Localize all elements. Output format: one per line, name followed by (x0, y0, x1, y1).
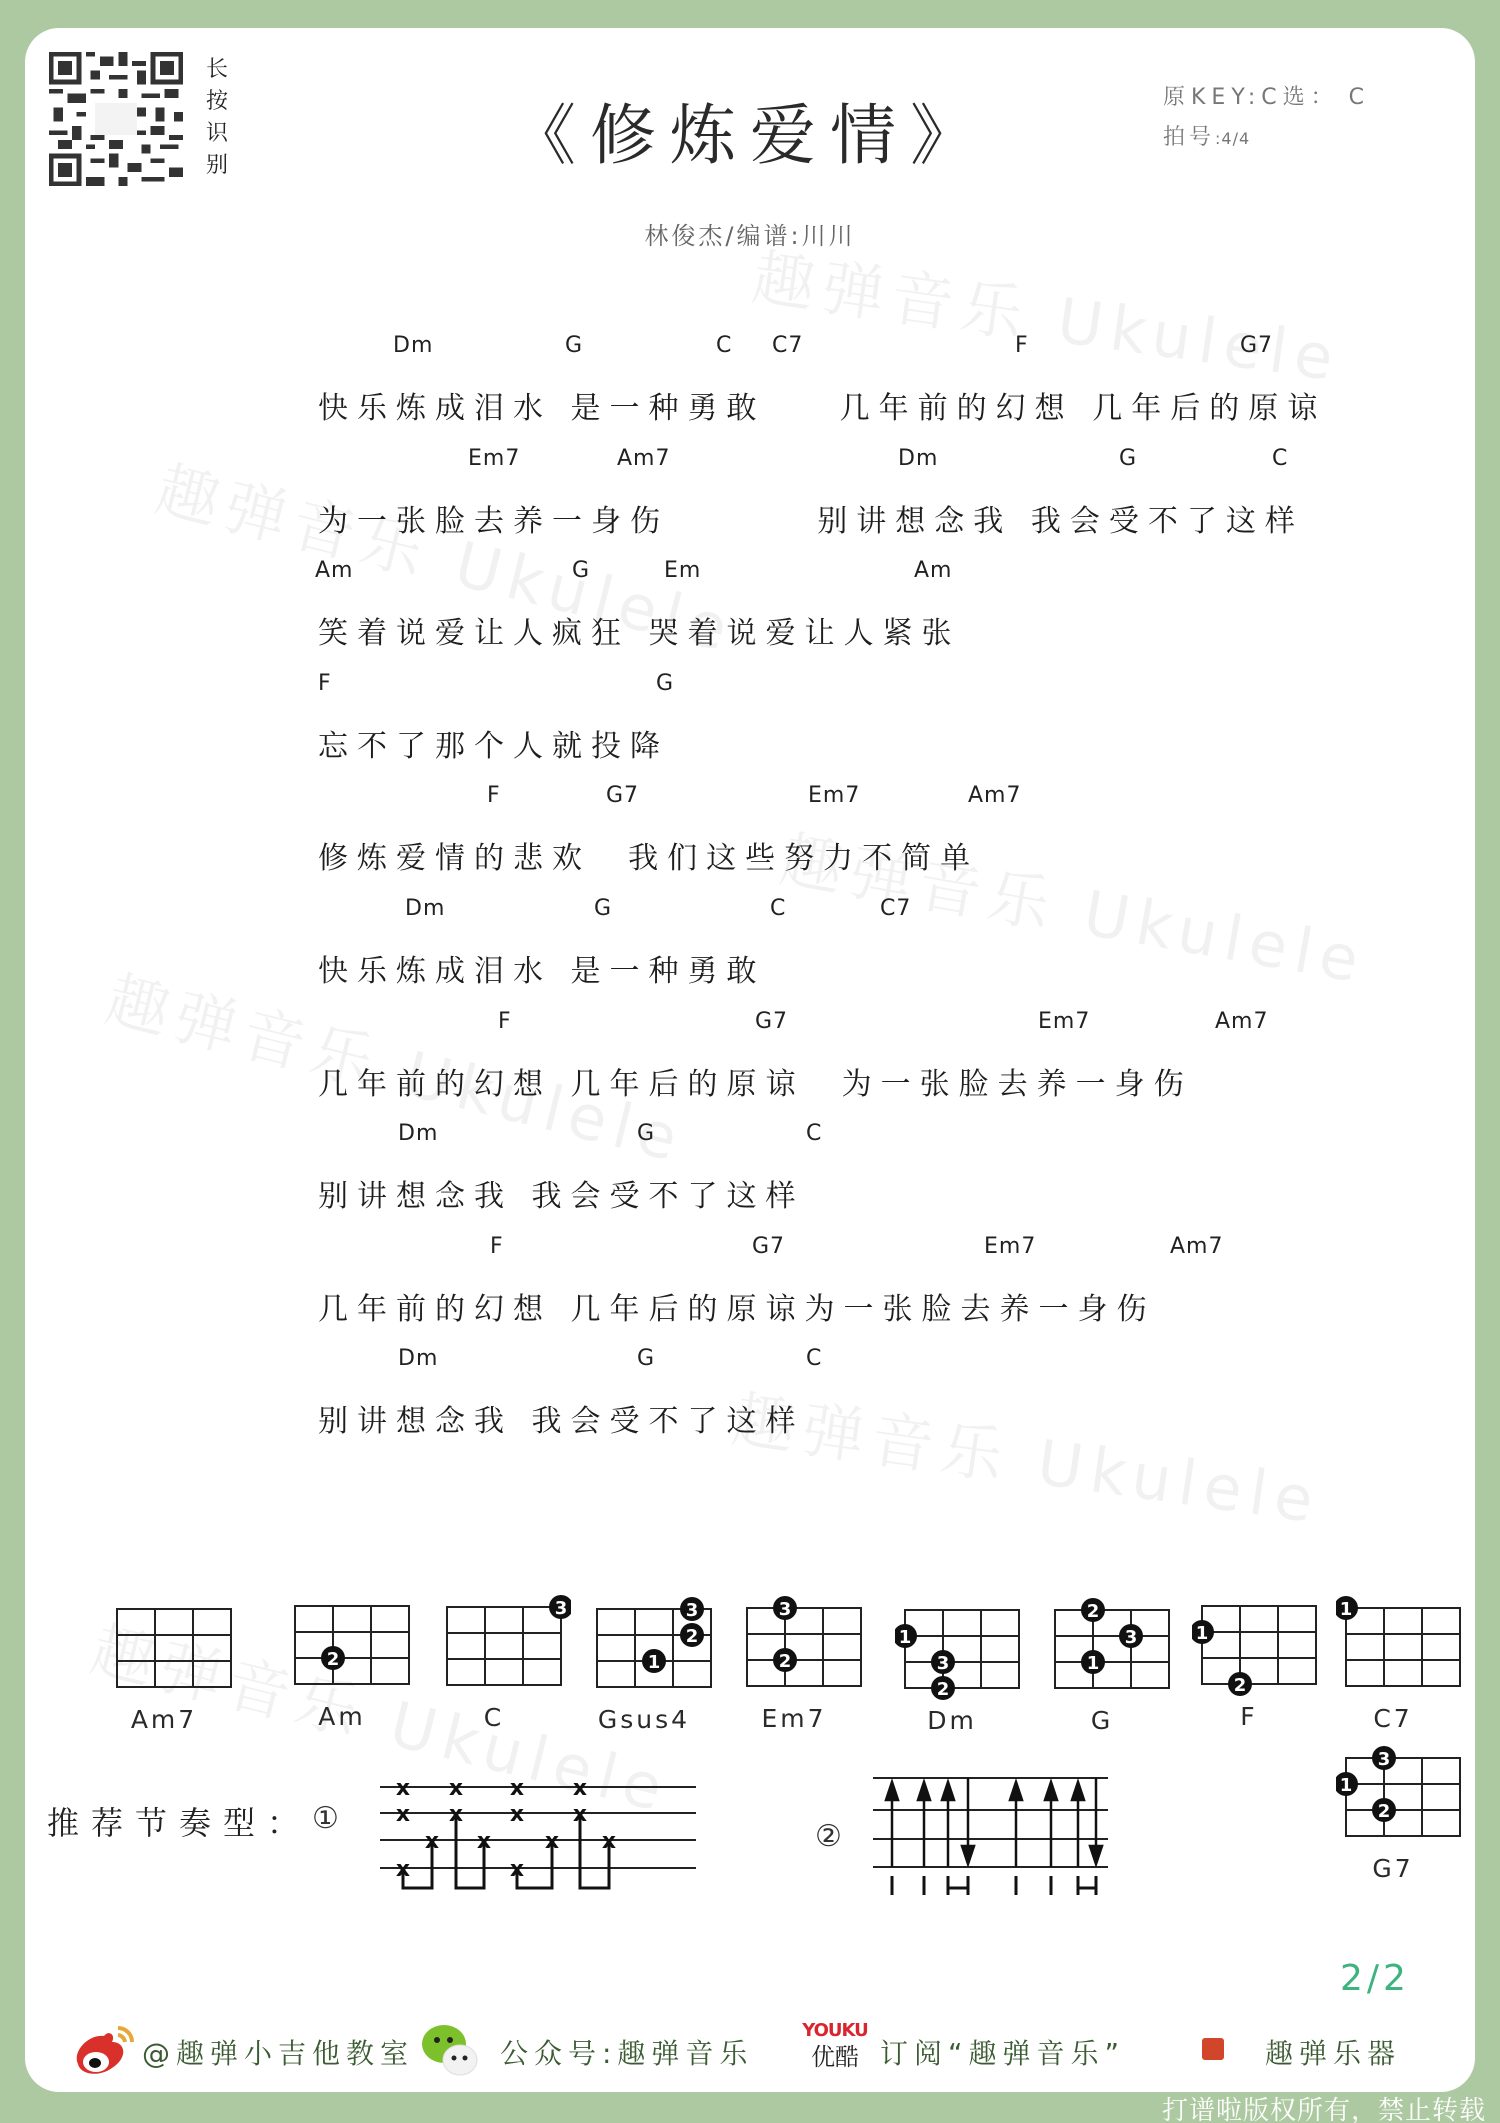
chord-line: DmGC (0, 1121, 1500, 1151)
chord-symbol: Dm (393, 333, 433, 358)
chord-diagram-label: G (1032, 1706, 1172, 1735)
chord-symbol: Em7 (808, 783, 860, 808)
wechat-account[interactable]: 公众号:趣弹音乐 (500, 2032, 753, 2072)
chord-line: DmGCC7 (0, 896, 1500, 926)
chord-diagram-label: F (1179, 1702, 1319, 1731)
lyric-line: 几年前的幻想 几年后的原谅 为一张脸去养一身伤 (318, 1059, 1193, 1103)
youku-logo[interactable]: YOUKU 优酷 (795, 2020, 875, 2072)
svg-text:2: 2 (1087, 1601, 1100, 1622)
chord-symbol: C (716, 333, 732, 358)
fretboard-grid: 1 (1336, 1596, 1470, 1698)
fretboard-grid: 2 (285, 1594, 419, 1696)
chord-diagram-label: C7 (1323, 1704, 1463, 1733)
svg-text:2: 2 (686, 1626, 699, 1647)
fretboard-grid: 3 (437, 1595, 571, 1697)
lyric-line: 笑着说爱让人疯狂 哭着说爱让人紧张 (318, 608, 961, 652)
chord-diagram-c7: 1C7 (1336, 1596, 1470, 1702)
chord-symbol: Am7 (1215, 1009, 1268, 1034)
svg-text:2: 2 (937, 1679, 950, 1700)
svg-text:3: 3 (937, 1653, 950, 1674)
fretboard-grid: 132 (895, 1598, 1029, 1700)
chord-symbol: F (318, 671, 332, 696)
chord-diagram-g7: 132G7 (1336, 1746, 1470, 1852)
taobao-icon[interactable] (1202, 2038, 1224, 2060)
chord-symbol: G (594, 896, 612, 921)
chord-diagram-label: Am7 (94, 1705, 234, 1734)
chord-line: Em7Am7DmGC (0, 446, 1500, 476)
chord-symbol: Dm (898, 446, 938, 471)
svg-text:3: 3 (1125, 1627, 1138, 1648)
chord-symbol: C (1272, 446, 1288, 471)
weibo-icon[interactable] (68, 2024, 140, 2082)
chord-diagram-f: 12F (1192, 1594, 1326, 1700)
chord-diagram-label: Em7 (724, 1704, 864, 1733)
svg-text:2: 2 (1378, 1801, 1391, 1822)
chord-diagram-dm: 132Dm (895, 1598, 1029, 1704)
beat-value: :4/4 (1215, 129, 1250, 148)
svg-text:x: x (573, 1776, 587, 1801)
chord-diagram-gsus4: 321Gsus4 (587, 1597, 721, 1703)
fretboard-grid: 12 (1192, 1594, 1326, 1696)
chord-diagram-am: 2Am (285, 1594, 419, 1700)
lyric-line: 几年前的幻想 几年后的原谅为一张脸去养一身伤 (318, 1284, 1156, 1328)
chord-line: FG7Em7Am7 (0, 1009, 1500, 1039)
chord-symbol: Dm (405, 896, 445, 921)
svg-text:x: x (449, 1776, 463, 1801)
svg-text:x: x (510, 1776, 524, 1801)
wechat-icon[interactable] (420, 2020, 482, 2082)
beat-row: 拍号:4/4 (1163, 118, 1370, 159)
chord-symbol: C (806, 1121, 822, 1146)
key-value: C (1349, 85, 1370, 110)
chord-symbol: Dm (398, 1121, 438, 1146)
svg-text:1: 1 (1196, 1623, 1209, 1644)
beat-label: 拍号 (1163, 125, 1215, 150)
pattern-2-number: ② (815, 1819, 842, 1854)
chord-line: FG7Em7Am7 (0, 783, 1500, 813)
lyric-line: 快乐炼成泪水 是一种勇敢 几年前的幻想 几年后的原谅 (318, 383, 1326, 427)
chord-line: DmGCC7FG7 (0, 333, 1500, 363)
chord-symbol: Em7 (984, 1234, 1036, 1259)
chord-symbol: Em (664, 558, 701, 583)
chord-symbol: G7 (1240, 333, 1273, 358)
chord-line: DmGC (0, 1346, 1500, 1376)
svg-text:3: 3 (779, 1599, 792, 1620)
chord-symbol: G (565, 333, 583, 358)
svg-text:x: x (396, 1776, 410, 1801)
pattern-1-number: ① (312, 1801, 339, 1836)
chord-diagram-em7: 32Em7 (737, 1596, 871, 1702)
footer: @趣弹小吉他教室 公众号:趣弹音乐 YOUKU 优酷 订阅“趣弹音乐” 趣弹乐器 (0, 2020, 1500, 2080)
chord-symbol: G7 (752, 1234, 785, 1259)
chord-symbol: G7 (755, 1009, 788, 1034)
page-indicator: 2/2 (1340, 1958, 1410, 1999)
svg-text:x: x (545, 1829, 559, 1854)
fretboard-grid (107, 1597, 241, 1699)
chord-diagram-label: Dm (882, 1706, 1022, 1735)
chord-symbol: F (498, 1009, 512, 1034)
svg-text:x: x (573, 1802, 587, 1827)
chord-symbol: Am7 (617, 446, 670, 471)
key-label: 原KEY:C选： (1163, 85, 1339, 110)
chord-symbol: Am7 (1170, 1234, 1223, 1259)
chord-diagram-c: 3C (437, 1595, 571, 1701)
lyric-line: 忘不了那个人就投降 (318, 721, 669, 765)
fretboard-grid: 32 (737, 1596, 871, 1698)
key-info: 原KEY:C选：C 拍号:4/4 (1163, 78, 1370, 159)
svg-text:3: 3 (1378, 1749, 1391, 1770)
chord-line: FG (0, 671, 1500, 701)
key-row: 原KEY:C选：C (1163, 78, 1370, 118)
chord-symbol: C7 (880, 896, 911, 921)
chord-symbol: Em7 (468, 446, 520, 471)
youku-subscribe[interactable]: 订阅“趣弹音乐” (880, 2032, 1125, 2072)
chord-symbol: F (487, 783, 501, 808)
taobao-store[interactable]: 趣弹乐器 (1265, 2032, 1401, 2072)
strum-pattern-1: xxxx xxx xxxx xxx (380, 1770, 700, 1905)
lyric-line: 修炼爱情的悲欢 我们这些努力不简单 (318, 833, 979, 877)
svg-text:x: x (477, 1829, 491, 1854)
svg-text:2: 2 (1234, 1675, 1247, 1696)
svg-text:2: 2 (327, 1649, 340, 1670)
svg-text:1: 1 (648, 1652, 661, 1673)
svg-text:x: x (602, 1829, 616, 1854)
chord-diagram-g: 231G (1045, 1598, 1179, 1704)
weibo-handle[interactable]: @趣弹小吉他教室 (142, 2032, 414, 2072)
chord-symbol: Am7 (968, 783, 1021, 808)
chord-symbol: C (806, 1346, 822, 1371)
chord-diagram-label: Am (272, 1702, 412, 1731)
chord-line: AmGEmAm (0, 558, 1500, 588)
chord-symbol: G (637, 1121, 655, 1146)
chord-diagram-label: Gsus4 (574, 1705, 714, 1734)
svg-text:1: 1 (1087, 1653, 1100, 1674)
copyright-notice: 打谱啦版权所有，禁止转载 (1162, 2090, 1486, 2123)
svg-text:x: x (396, 1802, 410, 1827)
chord-symbol: Em7 (1038, 1009, 1090, 1034)
chord-symbol: G (656, 671, 674, 696)
chord-symbol: F (490, 1234, 504, 1259)
lyric-line: 快乐炼成泪水 是一种勇敢 (318, 946, 766, 990)
strum-pattern-2 (848, 1760, 1108, 1895)
chord-symbol: C7 (772, 333, 803, 358)
chord-diagram-label: G7 (1323, 1854, 1463, 1883)
fretboard-grid: 231 (1045, 1598, 1179, 1700)
fretboard-grid: 132 (1336, 1746, 1470, 1848)
youku-cn: 优酷 (795, 2037, 875, 2072)
chord-symbol: G (1119, 446, 1137, 471)
svg-text:x: x (510, 1802, 524, 1827)
svg-text:2: 2 (779, 1651, 792, 1672)
svg-text:1: 1 (899, 1627, 912, 1648)
chord-diagram-label: C (424, 1703, 564, 1732)
lyric-line: 别讲想念我 我会受不了这样 (318, 1396, 805, 1440)
svg-text:x: x (396, 1857, 410, 1882)
chord-symbol: G7 (606, 783, 639, 808)
svg-text:x: x (510, 1857, 524, 1882)
chord-diagram-am7: Am7 (107, 1597, 241, 1703)
svg-text:3: 3 (686, 1600, 699, 1621)
lyric-line: 别讲想念我 我会受不了这样 (318, 1171, 805, 1215)
chord-symbol: Dm (398, 1346, 438, 1371)
fretboard-grid: 321 (587, 1597, 721, 1699)
svg-text:x: x (425, 1829, 439, 1854)
svg-text:1: 1 (1340, 1775, 1353, 1796)
chord-symbol: F (1015, 333, 1029, 358)
chord-symbol: G (572, 558, 590, 583)
chord-line: FG7Em7Am7 (0, 1234, 1500, 1264)
chord-symbol: Am (914, 558, 952, 583)
chord-symbol: G (637, 1346, 655, 1371)
strum-pattern-label: 推荐节奏型： (47, 1798, 311, 1844)
svg-text:x: x (449, 1802, 463, 1827)
credits: 林俊杰/编谱:川川 (0, 216, 1500, 251)
lyric-line: 为一张脸去养一身伤 别讲想念我 我会受不了这样 (318, 496, 1304, 540)
chord-symbol: Am (315, 558, 353, 583)
svg-text:1: 1 (1340, 1599, 1353, 1620)
svg-text:3: 3 (555, 1598, 568, 1619)
chord-symbol: C (770, 896, 786, 921)
